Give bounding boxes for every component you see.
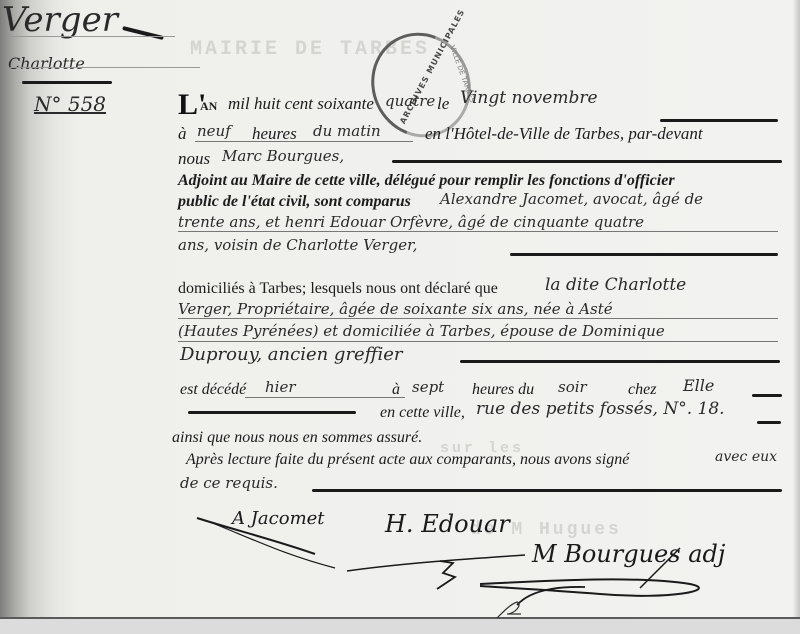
printed-text: public de l'état civil, sont comparus xyxy=(178,193,411,211)
printed-text: à xyxy=(392,381,400,399)
handwritten-time: du matin xyxy=(313,122,381,140)
fill-rule xyxy=(178,318,778,319)
fill-rule xyxy=(188,411,356,414)
printed-text: le xyxy=(437,94,449,114)
handwritten-text: Verger, Propriétaire, âgée de soixante s… xyxy=(178,300,613,318)
record-number: N° 558 xyxy=(34,92,106,116)
printed-text: heures du xyxy=(472,381,534,399)
fill-rule xyxy=(178,341,778,342)
handwritten-text: la dite Charlotte xyxy=(545,275,686,295)
page-bottom-edge xyxy=(0,617,800,634)
handwritten-place: Elle xyxy=(683,376,714,395)
printed-text: nous xyxy=(178,149,210,169)
margin-rule xyxy=(10,67,200,68)
fill-rule xyxy=(312,489,782,492)
margin-separator xyxy=(22,81,112,84)
printed-text: chez xyxy=(628,381,656,399)
printed-text: domiciliés à Tarbes; lesquels nous ont d… xyxy=(178,280,498,298)
handwritten-text: (Hautes Pyrénées) et domiciliée à Tarbes… xyxy=(178,322,665,340)
margin-surname: Verger xyxy=(2,0,118,40)
fill-rule xyxy=(460,360,780,363)
margin-rule xyxy=(10,36,175,37)
handwritten-hour: sept xyxy=(412,378,444,396)
signature-bourgues: M Bourgues adj xyxy=(532,540,725,568)
printed-text: en l'Hôtel-de-Ville de Tarbes, par-devan… xyxy=(425,124,703,144)
handwritten-officer: Marc Bourgues, xyxy=(222,147,344,165)
printed-text: en cette ville, xyxy=(380,404,465,422)
fill-rule xyxy=(392,160,782,163)
fill-rule xyxy=(757,421,781,424)
handwritten-text: de ce requis. xyxy=(180,474,278,492)
handwritten-text: ans, voisin de Charlotte Verger, xyxy=(178,236,417,254)
signature-flourish xyxy=(195,510,345,570)
margin-given-name: Charlotte xyxy=(8,54,85,73)
initial-mark xyxy=(495,600,525,620)
fill-rule xyxy=(245,397,405,398)
handwritten-date: Vingt novembre xyxy=(460,88,598,108)
handwritten-text: Duprouy, ancien greffier xyxy=(180,344,402,365)
handwritten-address: rue des petits fossés, N°. 18. xyxy=(476,399,725,419)
handwritten-text: avec eux xyxy=(715,449,777,465)
printed-an: AN xyxy=(200,99,217,114)
page-right-edge xyxy=(793,0,800,634)
fill-rule xyxy=(660,119,778,122)
fill-rule xyxy=(510,253,778,256)
signature-edouar: H. Edouar xyxy=(385,510,510,538)
printed-text: est décédé xyxy=(180,381,246,399)
printed-text: à xyxy=(178,124,187,144)
handwritten-text: trente ans, et henri Edouar Orfèvre, âgé… xyxy=(178,213,644,231)
printed-text: ainsi que nous nous en sommes assuré. xyxy=(172,429,422,447)
printed-text: Après lecture faite du présent acte aux … xyxy=(186,451,629,469)
fill-rule xyxy=(178,231,778,232)
handwritten-day: hier xyxy=(265,378,296,396)
printed-text: mil huit cent soixante xyxy=(228,94,374,114)
handwritten-part-of-day: soir xyxy=(558,378,587,396)
handwritten-text: Alexandre Jacomet, avocat, âgé de xyxy=(440,190,703,208)
handwritten-year: quatre xyxy=(385,92,435,110)
printed-text: Adjoint au Maire de cette ville, délégué… xyxy=(178,172,675,190)
handwritten-hour: neuf xyxy=(197,122,231,140)
fill-rule xyxy=(195,141,413,142)
fill-rule xyxy=(752,394,782,397)
